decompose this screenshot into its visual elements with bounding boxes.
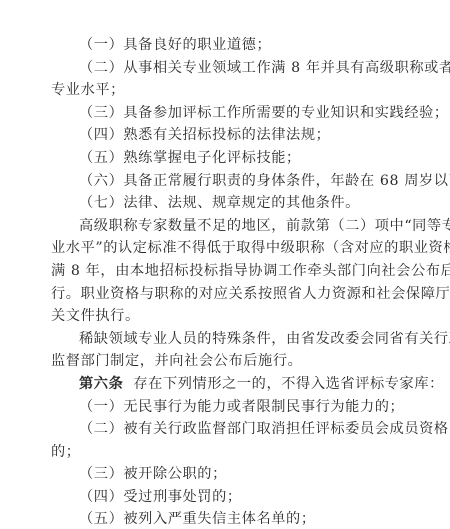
text-line: （五）被列入严重失信主体名单的； [51,508,403,529]
text-line: 业水平”的认定标准不得低于取得中级职称（含对应的职业资格） [51,237,403,260]
article-text: 存在下列情形之一的，不得入选省评标专家库： [133,376,444,392]
text-line: 专业水平； [51,79,403,102]
text-line: （七）法律、法规、规章规定的其他条件。 [51,192,403,215]
text-line: （五）熟练掌握电子化评标技能； [51,147,403,170]
text-line: 监督部门制定，并向社会公布后施行。 [51,350,403,373]
text-line: （一）无民事行为能力或者限制民事行为能力的； [51,396,403,419]
text-line: 关文件执行。 [51,305,403,328]
text-line: （二）从事相关专业领域工作满 8 年并具有高级职称或者同等 [51,57,403,80]
text-line: 稀缺领域专业人员的特殊条件，由省发改委会同省有关行政 [51,328,403,351]
text-line: （六）具备正常履行职责的身体条件，年龄在 68 周岁以下； [51,170,403,193]
text-line: 行。职业资格与职称的对应关系按照省人力资源和社会保障厅相 [51,283,403,306]
text-line: （四）受过刑事处罚的； [51,486,403,509]
text-line: （二）被有关行政监督部门取消担任评标委员会成员资格 [51,418,403,441]
article-number: 第六条 [79,376,123,392]
text-line: （三）具备参加评标工作所需要的专业知识和实践经验； [51,102,403,125]
text-line: 高级职称专家数量不足的地区，前款第（二）项中“同等专 [51,215,403,238]
document-page: （一）具备良好的职业道德； （二）从事相关专业领域工作满 8 年并具有高级职称或… [0,0,450,529]
text-line: （四）熟悉有关招标投标的法律法规； [51,124,403,147]
article-heading-line: 第六条存在下列情形之一的，不得入选省评标专家库： [51,373,403,396]
document-body: （一）具备良好的职业道德； （二）从事相关专业领域工作满 8 年并具有高级职称或… [51,34,403,529]
text-line: （一）具备良好的职业道德； [51,34,403,57]
text-line: 满 8 年，由本地招标投标指导协调工作牵头部门向社会公布后施 [51,260,403,283]
text-line: 的； [51,441,403,464]
text-line: （三）被开除公职的； [51,463,403,486]
